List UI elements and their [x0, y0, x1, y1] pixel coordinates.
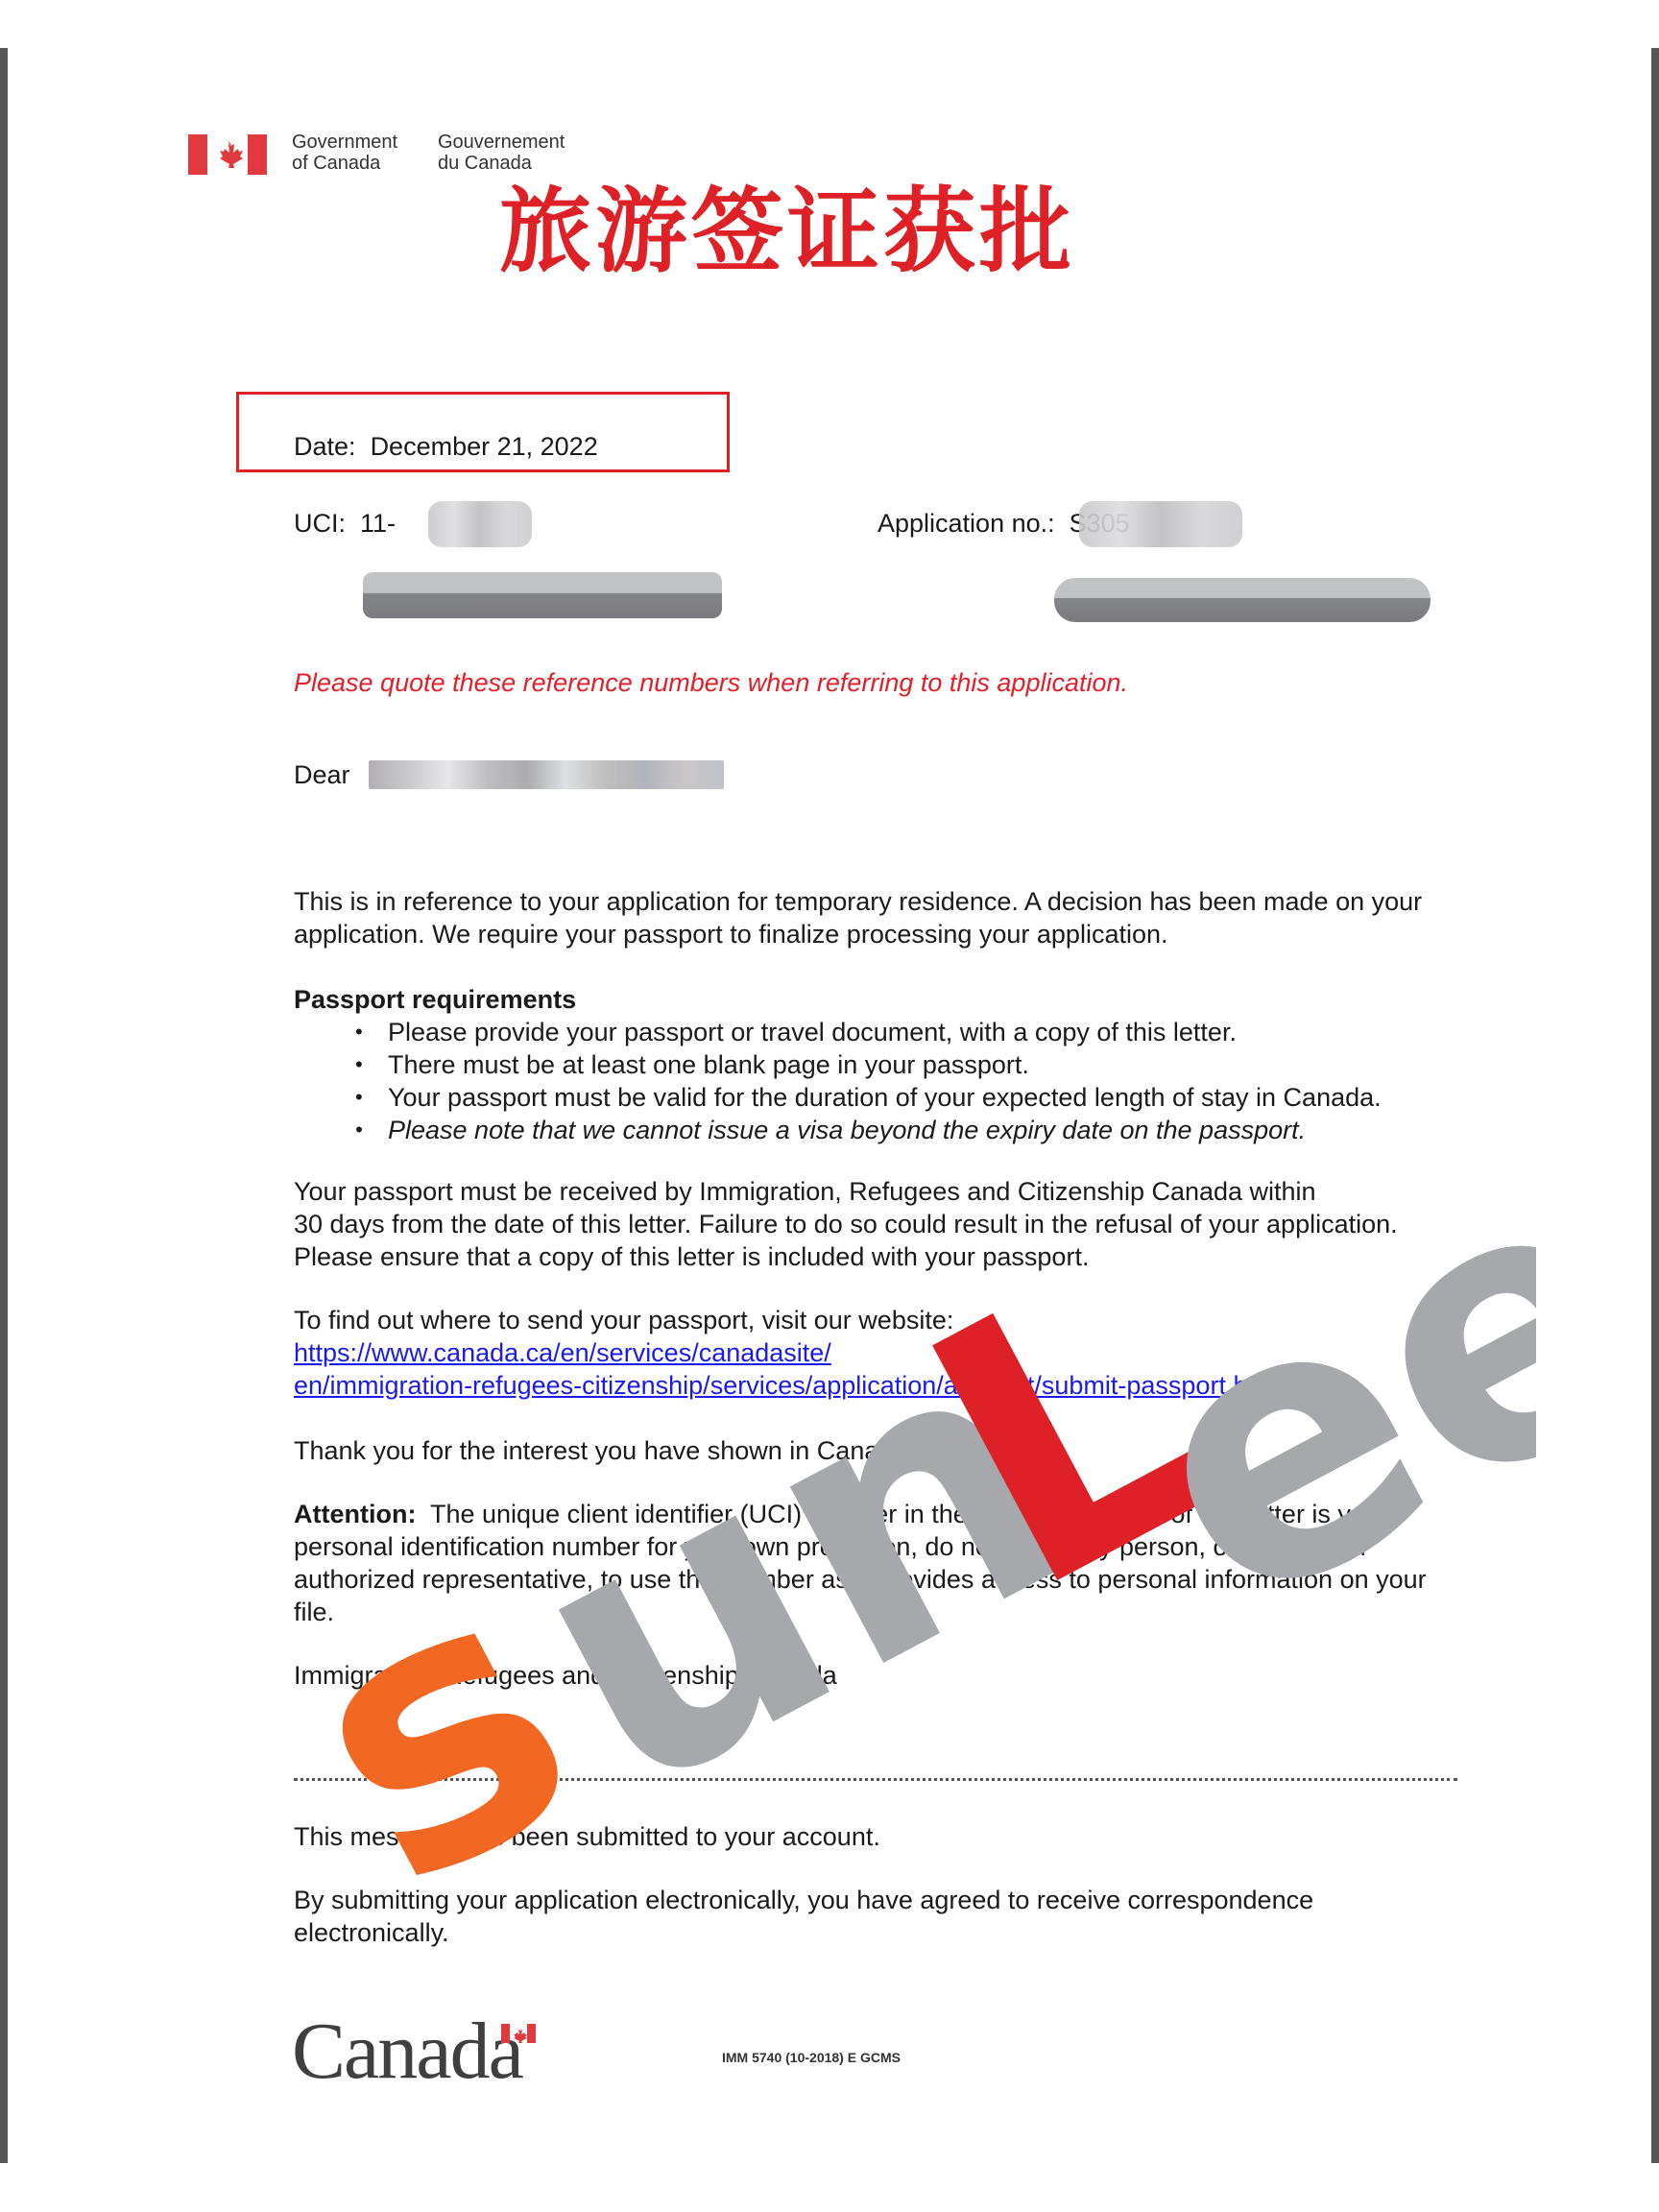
submitted-notice: This message has been submitted to your …	[294, 1820, 1494, 1853]
submit-passport-link-cont[interactable]: en/immigration-refugees-citizenship/serv…	[294, 1371, 1282, 1400]
reference-redaction-right	[1054, 578, 1431, 622]
deadline-paragraph: Your passport must be received by Immigr…	[294, 1175, 1494, 1273]
salutation: Dear	[294, 758, 350, 791]
recipient-name-redaction	[369, 760, 724, 789]
form-code: IMM 5740 (10-2018) E GCMS	[722, 2050, 901, 2065]
uci-value: 11-	[360, 509, 396, 538]
requirement-item: There must be at least one blank page in…	[388, 1048, 1382, 1081]
attention-paragraph: Attention: The unique client identifier …	[294, 1498, 1465, 1628]
wordmark-flag-icon	[501, 2024, 536, 2043]
canada-flag-icon	[188, 134, 267, 175]
government-of-canada-en: Government of Canada	[292, 132, 397, 174]
reference-paragraph: This is in reference to your application…	[294, 885, 1484, 950]
approval-headline: 旅游签证获批	[499, 179, 1075, 284]
page-edge-left	[0, 48, 8, 2163]
quote-reference-note: Please quote these reference numbers whe…	[294, 666, 1128, 699]
website-paragraph: To find out where to send your passport,…	[294, 1304, 1494, 1402]
uci-line: UCI: 11-	[294, 507, 396, 540]
passport-requirements-heading: Passport requirements	[294, 983, 1494, 1016]
thank-you-line: Thank you for the interest you have show…	[294, 1434, 1494, 1467]
application-number-redaction	[1079, 501, 1242, 547]
electronic-consent-notice: By submitting your application electroni…	[294, 1884, 1398, 1949]
requirement-item: Please note that we cannot issue a visa …	[388, 1114, 1382, 1146]
uci-redaction	[428, 501, 532, 547]
requirement-item: Your passport must be valid for the dura…	[388, 1081, 1382, 1114]
date-value: December 21, 2022	[371, 432, 598, 461]
signoff: Immigration, Refugees and Citizenship Ca…	[294, 1659, 1494, 1692]
canada-wordmark: Canada	[292, 2008, 522, 2095]
passport-requirements-list: Please provide your passport or travel d…	[353, 1016, 1382, 1146]
submit-passport-link[interactable]: https://www.canada.ca/en/services/canada…	[294, 1338, 831, 1367]
page-edge-right	[1651, 48, 1659, 2163]
requirement-item: Please provide your passport or travel d…	[388, 1016, 1382, 1048]
date-line: Date: December 21, 2022	[294, 430, 598, 463]
dotted-separator	[294, 1778, 1457, 1781]
gouvernement-du-canada-fr: Gouvernement du Canada	[438, 132, 565, 174]
name-redaction-left	[363, 572, 722, 618]
